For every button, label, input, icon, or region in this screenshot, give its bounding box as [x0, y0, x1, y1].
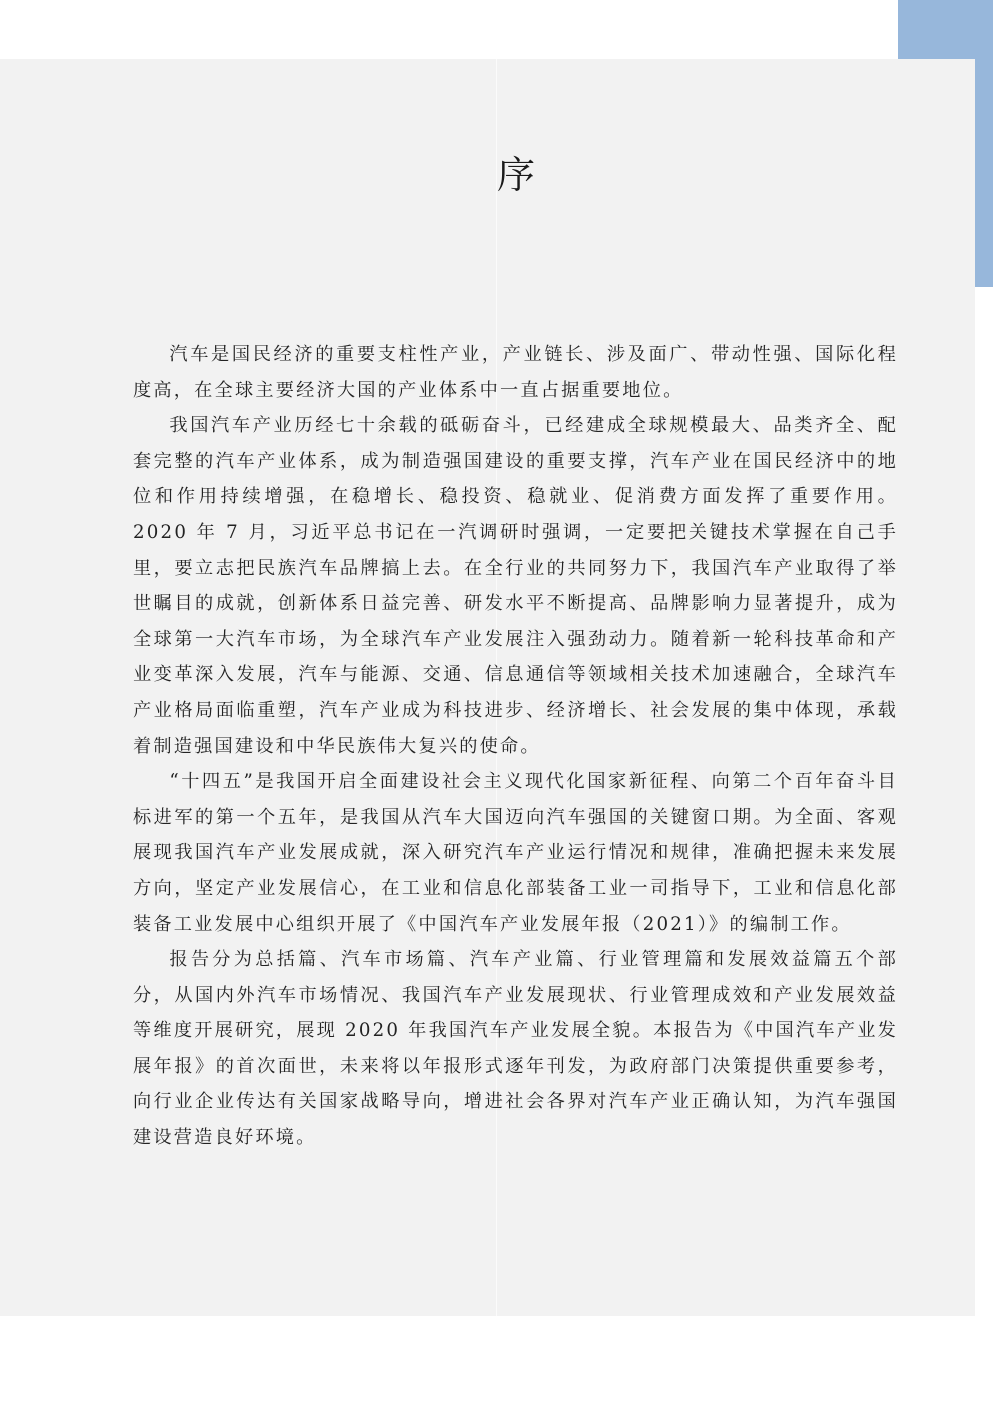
- paragraph-4: 报告分为总括篇、汽车市场篇、汽车产业篇、行业管理篇和发展效益篇五个部分，从国内外…: [133, 942, 898, 1156]
- paragraph-3: “十四五”是我国开启全面建设社会主义现代化国家新征程、向第二个百年奋斗目标进军的…: [133, 764, 898, 942]
- preface-body: 汽车是国民经济的重要支柱性产业，产业链长、涉及面广、带动性强、国际化程度高，在全…: [133, 337, 898, 1156]
- paragraph-1: 汽车是国民经济的重要支柱性产业，产业链长、涉及面广、带动性强、国际化程度高，在全…: [133, 337, 898, 408]
- paragraph-2: 我国汽车产业历经七十余载的砥砺奋斗，已经建成全球规模最大、品类齐全、配套完整的汽…: [133, 408, 898, 764]
- page-title: 序: [0, 148, 993, 202]
